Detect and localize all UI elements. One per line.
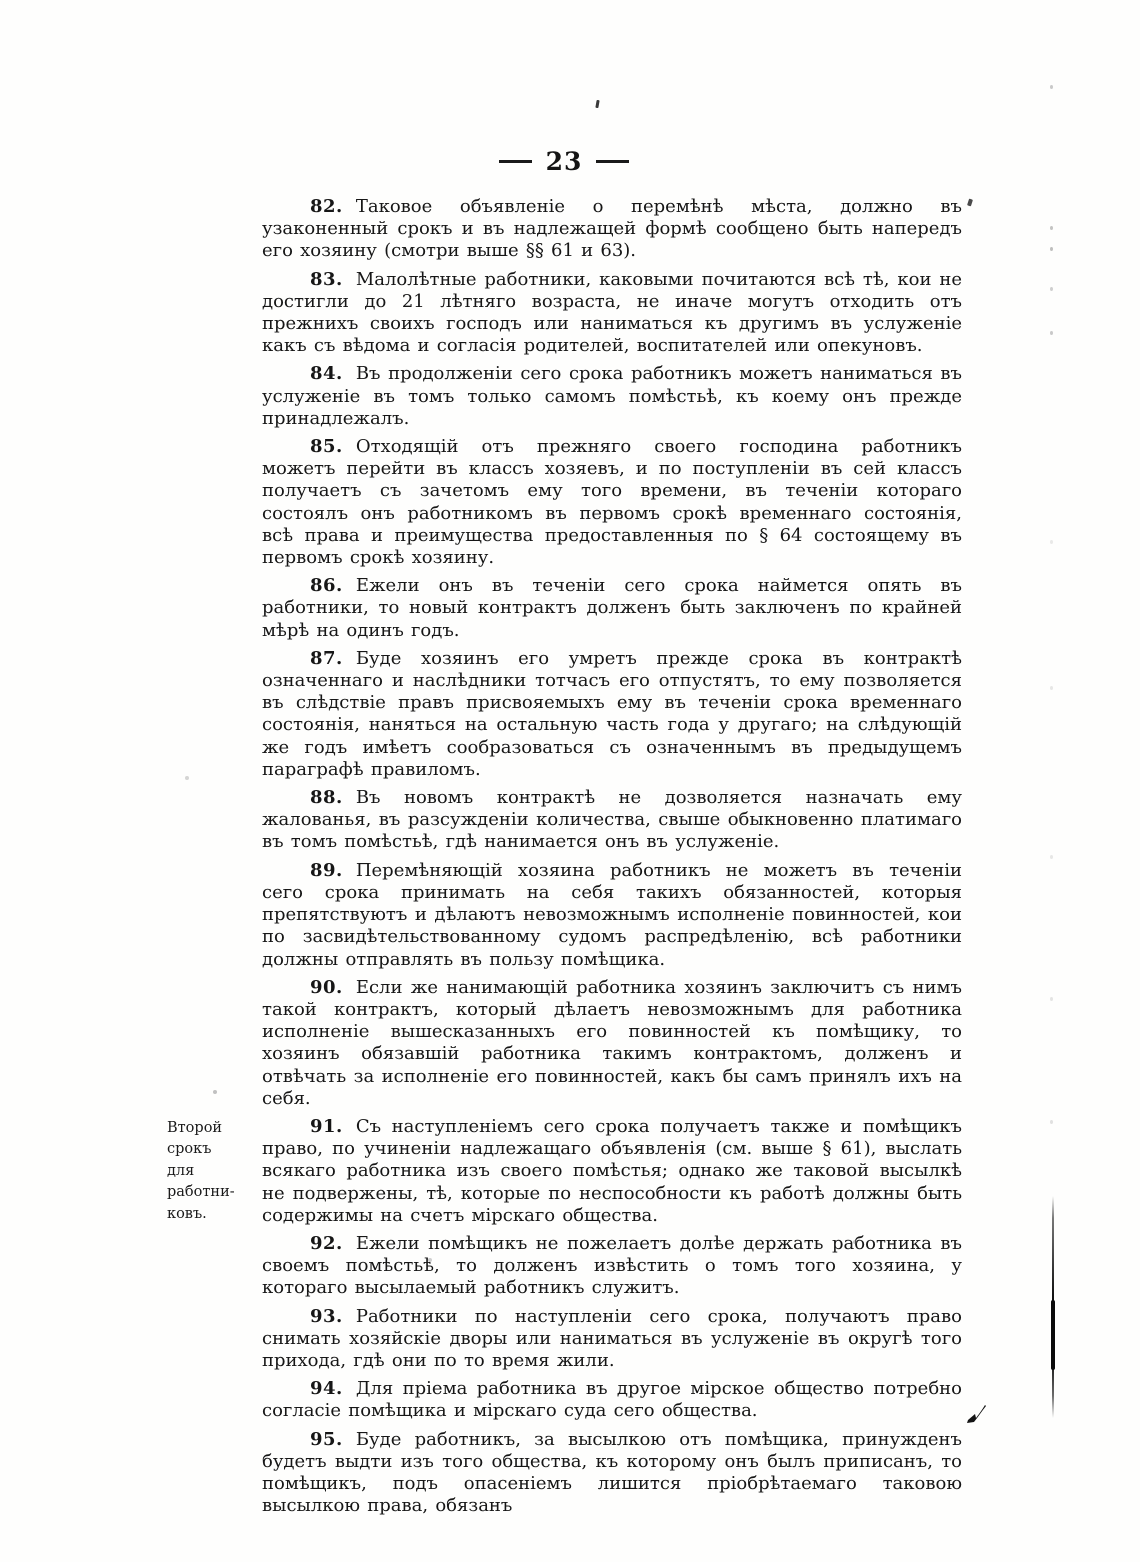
edge-dot (1050, 247, 1053, 251)
paragraph-94: 94.Для пріема работника въ другое мірско… (262, 1378, 962, 1422)
paragraph-number: 92. (310, 1233, 343, 1254)
paragraph-number: 82. (310, 196, 343, 217)
paragraph-text: Буде работникъ, за высылкою отъ помѣщика… (262, 1429, 962, 1517)
edge-dot (1050, 855, 1053, 859)
paragraph-number: 84. (310, 363, 343, 384)
paragraph-text: Перемѣняющій хозяина работникъ не можетъ… (262, 860, 962, 970)
paragraph-92: 92.Ежели помѣщикъ не пожелаетъ долѣе дер… (262, 1233, 962, 1300)
paragraph-text: Для пріема работника въ другое мірское о… (262, 1378, 962, 1421)
paragraph-text: Малолѣтные работники, каковыми почитаютс… (262, 269, 962, 357)
document-page: 23 82.Таковое объявленіе о перемѣнѣ мѣст… (0, 0, 1140, 1562)
page-number: 23 (546, 147, 583, 176)
paragraph-89: 89.Перемѣняющій хозяина работникъ не мож… (262, 860, 962, 971)
margin-note-line: Второй срокъ (167, 1118, 261, 1161)
paragraph-number: 83. (310, 269, 343, 290)
edge-dot (1050, 1120, 1053, 1124)
paragraph-95: 95.Буде работникъ, за высылкою отъ помѣщ… (262, 1429, 962, 1518)
paragraph-number: 94. (310, 1378, 343, 1399)
scan-speck (185, 776, 189, 780)
scan-speck-line1 (967, 199, 973, 207)
edge-dot (1050, 331, 1053, 335)
margin-note: Второй срокъдля работни-ковъ. (167, 1118, 261, 1226)
paragraph-82: 82.Таковое объявленіе о перемѣнѣ мѣста, … (262, 196, 962, 263)
scan-speck-top (595, 100, 599, 108)
paragraph-number: 89. (310, 860, 343, 881)
paragraph-text: Отходящій отъ прежняго своего господина … (262, 436, 962, 568)
edge-dot (1050, 540, 1053, 544)
scan-speck (213, 1090, 217, 1094)
paragraph-text: Ежели онъ въ теченіи сего срока наймется… (262, 575, 962, 640)
header-dash-left (499, 160, 532, 164)
paragraph-text: Если же нанимающій работника хозяинъ зак… (262, 977, 962, 1109)
paragraph-number: 91. (310, 1116, 343, 1137)
paragraph-number: 93. (310, 1306, 343, 1327)
paragraph-text: Съ наступленіемъ сего срока получаетъ та… (262, 1116, 962, 1226)
binding-edge-line-core (1051, 1300, 1055, 1370)
edge-dot (1050, 226, 1053, 230)
binding-edge-line (1052, 1196, 1054, 1418)
paragraph-90: 90.Если же нанимающій работника хозяинъ … (262, 977, 962, 1110)
paragraph-84: 84.Въ продолженіи сего срока работникъ м… (262, 363, 962, 430)
ink-mark-bottom-right (963, 1404, 989, 1428)
edge-dot (1050, 686, 1053, 690)
paragraph-number: 90. (310, 977, 343, 998)
paragraph-85: 85.Отходящій отъ прежняго своего господи… (262, 436, 962, 569)
paragraph-91: Второй срокъдля работни-ковъ.91.Съ насту… (262, 1116, 962, 1227)
paragraph-88: 88.Въ новомъ контрактѣ не дозволяется на… (262, 787, 962, 854)
paragraph-text: Таковое объявленіе о перемѣнѣ мѣста, дол… (262, 196, 962, 261)
edge-dot (1050, 287, 1053, 291)
paragraph-text: Въ продолженіи сего срока работникъ може… (262, 363, 962, 428)
page-header: 23 (0, 147, 1128, 176)
paragraph-83: 83.Малолѣтные работники, каковыми почита… (262, 269, 962, 358)
margin-note-line: ковъ. (167, 1204, 261, 1226)
paragraph-number: 85. (310, 436, 343, 457)
paragraph-86: 86.Ежели онъ въ теченіи сего срока найме… (262, 575, 962, 642)
paragraph-number: 86. (310, 575, 343, 596)
paragraph-number: 87. (310, 648, 343, 669)
paragraph-text: Буде хозяинъ его умретъ прежде срока въ … (262, 648, 962, 780)
paragraph-number: 95. (310, 1429, 343, 1450)
margin-note-line: для работни- (167, 1161, 261, 1204)
edge-dot (1050, 85, 1053, 89)
paragraph-text: Въ новомъ контрактѣ не дозволяется назна… (262, 787, 962, 852)
paragraph-87: 87.Буде хозяинъ его умретъ прежде срока … (262, 648, 962, 781)
paragraph-93: 93.Работники по наступленіи сего срока, … (262, 1306, 962, 1373)
paragraph-text: Работники по наступленіи сего срока, пол… (262, 1306, 962, 1371)
header-dash-right (596, 160, 629, 164)
paragraph-text: Ежели помѣщикъ не пожелаетъ долѣе держат… (262, 1233, 962, 1298)
edge-dot (1050, 997, 1053, 1001)
paragraph-number: 88. (310, 787, 343, 808)
document-body: 82.Таковое объявленіе о перемѣнѣ мѣста, … (262, 196, 962, 1523)
